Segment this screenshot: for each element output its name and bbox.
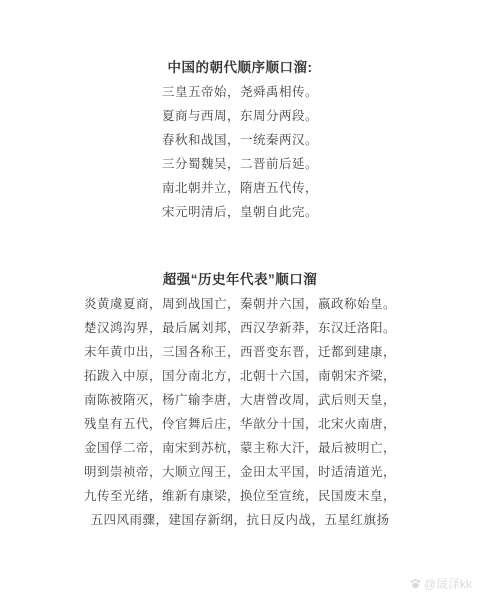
section2-title: 超强“历史年代表”顺口溜 — [0, 268, 480, 292]
poem-line: 残皇有五代，伶官舞后庄，华歆分十国，北宋火南唐， — [0, 412, 480, 436]
section1-title: 中国的朝代顺序顺口溜: — [0, 56, 480, 80]
paw-icon — [409, 577, 422, 590]
poem-line: 三皇五帝始，尧舜禹相传。 — [0, 80, 480, 104]
watermark-handle: @晟泽kk — [424, 578, 472, 590]
poem-line: 南陈被隋灭，杨广输李唐，大唐曾改周，武后则天皇， — [0, 388, 480, 412]
document-page: 中国的朝代顺序顺口溜: 三皇五帝始，尧舜禹相传。 夏商与西周，东周分两段。 春秋… — [0, 0, 480, 600]
poem-line: 明到崇祯帝，大顺立闯王，金田太平国，时适清道光， — [0, 460, 480, 484]
poem-line: 夏商与西周，东周分两段。 — [0, 104, 480, 128]
document-content: 中国的朝代顺序顺口溜: 三皇五帝始，尧舜禹相传。 夏商与西周，东周分两段。 春秋… — [0, 0, 480, 532]
poem-line: 末年黄巾出，三国各称王，西晋变东晋，迁都到建康， — [0, 340, 480, 364]
poem-line: 九传至光绪，维新有康梁，换位至宣统，民国废末皇， — [0, 484, 480, 508]
poem-line: 金国俘二帝，南宋到苏杭，蒙主称大汗，最后被明亡， — [0, 436, 480, 460]
poem-line: 三分蜀魏吴，二晋前后延。 — [0, 152, 480, 176]
poem-line: 五四风雨骤，建国存新纲，抗日反内战，五星红旗扬 — [0, 508, 480, 532]
watermark: @晟泽kk — [409, 577, 472, 590]
poem-line: 南北朝并立，隋唐五代传， — [0, 176, 480, 200]
poem-line: 楚汉鸿沟界，最后属刘邦，西汉孕新莽，东汉迁洛阳。 — [0, 316, 480, 340]
poem-line: 炎黄虞夏商，周到战国亡，秦朝并六国，嬴政称始皇。 — [0, 292, 480, 316]
poem-line: 拓跋入中原，国分南北方，北朝十六国，南朝宋齐梁， — [0, 364, 480, 388]
poem-line: 宋元明清后，皇朝自此完。 — [0, 200, 480, 224]
poem-line: 春秋和战国，一统秦两汉。 — [0, 128, 480, 152]
